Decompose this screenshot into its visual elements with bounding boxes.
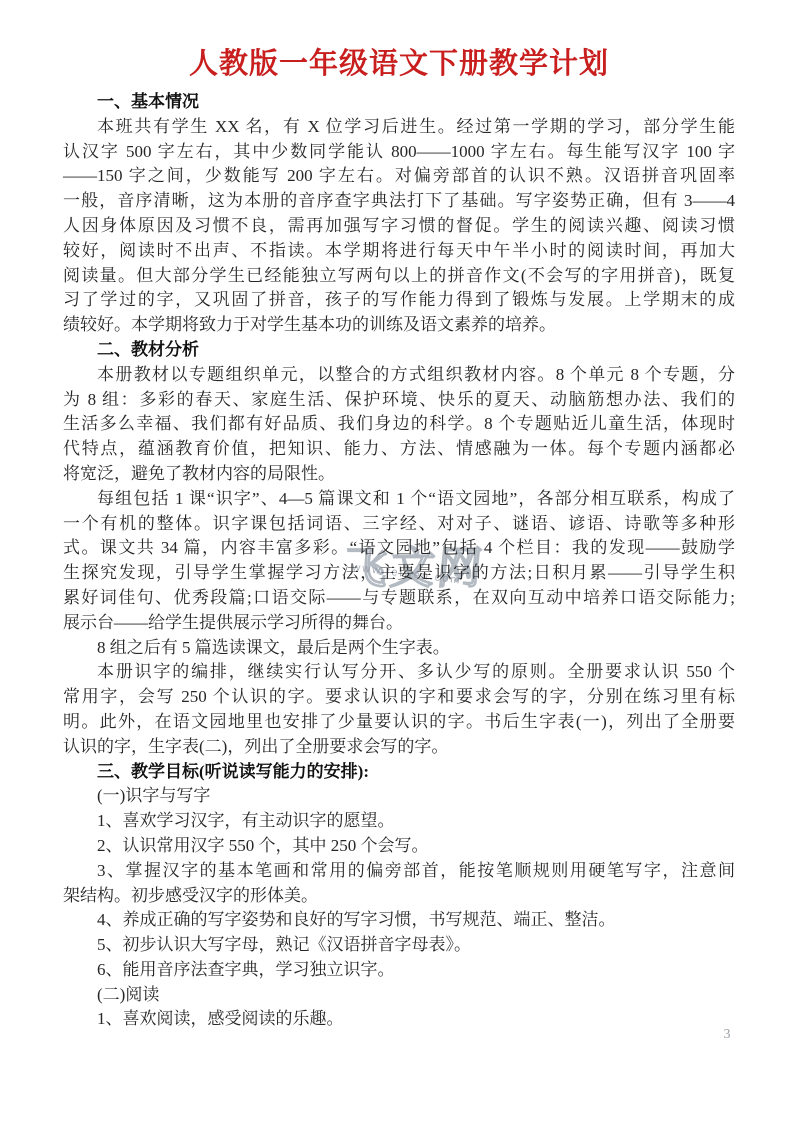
document-page: 飞文网 www.feiwen.com 人教版一年级语文下册教学计划 一、基本情况… bbox=[0, 0, 793, 1122]
body-line: 明。此外，在语文园地里也安排了少量要认识的字。书后生字表(一)，列出了全册要 bbox=[63, 710, 735, 735]
body-line: 认识的字，生字表(二)，列出了全册要求会写的字。 bbox=[63, 735, 735, 760]
body-line: 生探究发现，引导学生掌握学习方法，主要是识字的方法;日积月累——引导学生积 bbox=[63, 561, 735, 586]
body-line: (一)识字与写字 bbox=[63, 784, 735, 809]
body-line: 生活多么幸福、我们都有好品质、我们身边的科学。8 个专题贴近儿童生活，体现时 bbox=[63, 412, 735, 437]
body-line: (二)阅读 bbox=[63, 983, 735, 1008]
body-line: 人因身体原因及习惯不良，需再加强写字习惯的督促。学生的阅读兴趣、阅读习惯 bbox=[63, 214, 735, 239]
body-line: 一般，音序清晰，这为本册的音序查字典法打下了基础。写字姿势正确，但有 3——4 bbox=[63, 189, 735, 214]
section-heading: 三、教学目标(听说读写能力的安排): bbox=[63, 760, 735, 785]
body-line: 较好，阅读时不出声、不指读。本学期将进行每天中午半小时的阅读时间，再加大 bbox=[63, 239, 735, 264]
body-line: 1、喜欢阅读，感受阅读的乐趣。 bbox=[63, 1007, 735, 1032]
body-line: 本册教材以专题组织单元，以整合的方式组织教材内容。8 个单元 8 个专题，分 bbox=[63, 363, 735, 388]
document-content: 人教版一年级语文下册教学计划 一、基本情况本班共有学生 XX 名，有 X 位学习… bbox=[63, 46, 735, 1032]
body-line: 绩较好。本学期将致力于对学生基本功的训练及语文素养的培养。 bbox=[63, 313, 735, 338]
section-heading: 二、教材分析 bbox=[63, 338, 735, 363]
body-line: 习了学过的字，又巩固了拼音，孩子的写作能力得到了锻炼与发展。上学期末的成 bbox=[63, 288, 735, 313]
body-line: 常用字，会写 250 个认识的字。要求认识的字和要求会写的字，分别在练习里有标 bbox=[63, 685, 735, 710]
body-line: 本册识字的编排，继续实行认写分开、多认少写的原则。全册要求认识 550 个 bbox=[63, 660, 735, 685]
body-line: 累好词佳句、优秀段篇;口语交际——与专题联系，在双向互动中培养口语交际能力; bbox=[63, 586, 735, 611]
body-line: 2、认识常用汉字 550 个，其中 250 个会写。 bbox=[63, 834, 735, 859]
page-number: 3 bbox=[712, 1027, 742, 1043]
body-line: 1、喜欢学习汉字，有主动识字的愿望。 bbox=[63, 809, 735, 834]
body-line: 阅读量。但大部分学生已经能独立写两句以上的拼音作文(不会写的字用拼音)，既复 bbox=[63, 264, 735, 289]
body-line: 每组包括 1 课“识字”、4—5 篇课文和 1 个“语文园地”，各部分相互联系，… bbox=[63, 487, 735, 512]
body-line: 一个有机的整体。识字课包括词语、三字经、对对子、谜语、谚语、诗歌等多种形 bbox=[63, 512, 735, 537]
document-lines: 一、基本情况本班共有学生 XX 名，有 X 位学习后进生。经过第一学期的学习，部… bbox=[63, 90, 735, 1032]
body-line: 架结构。初步感受汉字的形体美。 bbox=[63, 884, 735, 909]
body-line: 将宽泛，避免了教材内容的局限性。 bbox=[63, 462, 735, 487]
body-line: 式。课文共 34 篇，内容丰富多彩。“语文园地”包括 4 个栏目：我的发现——鼓… bbox=[63, 536, 735, 561]
section-heading: 一、基本情况 bbox=[63, 90, 735, 115]
page-title: 人教版一年级语文下册教学计划 bbox=[63, 46, 735, 83]
body-line: 本班共有学生 XX 名，有 X 位学习后进生。经过第一学期的学习，部分学生能 bbox=[63, 115, 735, 140]
body-line: 代特点，蕴涵教育价值，把知识、能力、方法、情感融为一体。每个专题内涵都必 bbox=[63, 437, 735, 462]
body-line: 认汉字 500 字左右，其中少数同学能认 800——1000 字左右。每生能写汉… bbox=[63, 140, 735, 165]
body-line: 6、能用音序法查字典，学习独立识字。 bbox=[63, 958, 735, 983]
body-line: 3、掌握汉字的基本笔画和常用的偏旁部首，能按笔顺规则用硬笔写字，注意间 bbox=[63, 859, 735, 884]
body-line: 为 8 组：多彩的春天、家庭生活、保护环境、快乐的夏天、动脑筋想办法、我们的 bbox=[63, 388, 735, 413]
body-line: ——150 字之间，少数能写 200 字左右。对偏旁部首的认识不熟。汉语拼音巩固… bbox=[63, 164, 735, 189]
body-line: 展示台——给学生提供展示学习所得的舞台。 bbox=[63, 611, 735, 636]
body-line: 5、初步认识大写字母，熟记《汉语拼音字母表》。 bbox=[63, 933, 735, 958]
body-line: 4、养成正确的写字姿势和良好的写字习惯，书写规范、端正、整洁。 bbox=[63, 908, 735, 933]
body-line: 8 组之后有 5 篇选读课文，最后是两个生字表。 bbox=[63, 636, 735, 661]
